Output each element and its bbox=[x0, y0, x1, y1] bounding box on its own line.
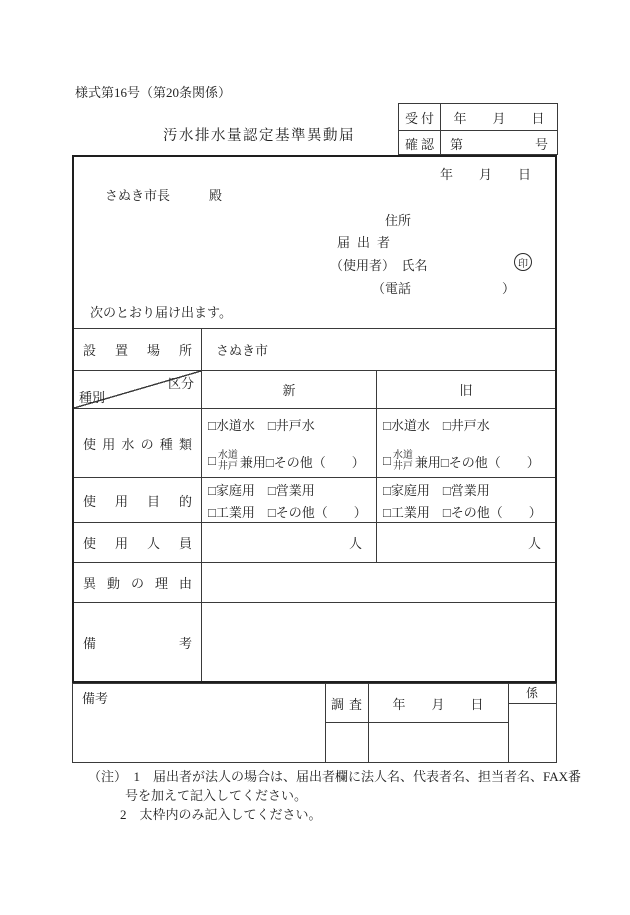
receipt-confirm-number-field: 第 号 bbox=[441, 131, 557, 156]
seal-character: 印 bbox=[518, 255, 528, 270]
water-type-old-line1: □水道水 □井戸水 bbox=[383, 415, 549, 434]
footnote-line-3: 2 太枠内のみ記入してください。 bbox=[120, 804, 322, 823]
checkbox-combined-old: □ bbox=[383, 453, 391, 469]
purpose-old-line1: □家庭用 □営業用 bbox=[383, 480, 549, 499]
diagonal-label-shubetsu: 種別 bbox=[79, 387, 105, 406]
receipt-confirm-label-cell: 確認 bbox=[399, 131, 441, 156]
applicant-label: 届出者 bbox=[337, 232, 397, 251]
declaration-text: 次のとおり届け出ます。 bbox=[90, 302, 232, 321]
water-type-old-line2: □ 水道 井戸 兼用□その他（ ） bbox=[383, 450, 549, 472]
location-label-cell: 設置場所 bbox=[74, 329, 202, 370]
checkbox-combined-new: □ bbox=[208, 453, 216, 469]
row-remarks: 備考 bbox=[74, 602, 555, 681]
stack-top: 水道 bbox=[218, 450, 238, 461]
water-type-new-line2-rest: 兼用□その他（ ） bbox=[240, 452, 365, 471]
user-name-line: （使用者） 氏名 bbox=[330, 255, 428, 274]
row-purpose: 使用目的 □家庭用 □営業用 □工業用 □その他（ ） □家庭用 □営業用 □工… bbox=[74, 477, 555, 522]
row-persons: 使用人員 人 人 bbox=[74, 522, 555, 562]
reason-label: 異動の理由 bbox=[74, 573, 201, 592]
water-type-new-line2: □ 水道 井戸 兼用□その他（ ） bbox=[208, 450, 370, 472]
column-header-new: 新 bbox=[202, 371, 377, 408]
confirm-number-prefix: 第 bbox=[450, 134, 463, 153]
water-type-old-cell: □水道水 □井戸水 □ 水道 井戸 兼用□その他（ ） bbox=[377, 409, 555, 477]
receipt-accept-date-field: 年 月 日 bbox=[441, 104, 557, 130]
receipt-accept-label-cell: 受付 bbox=[399, 104, 441, 130]
purpose-label: 使用目的 bbox=[74, 491, 201, 510]
survey-date-field: 年 月 日 bbox=[368, 684, 508, 723]
diagonal-label-kubun: 区分 bbox=[168, 373, 194, 392]
row-location: 設置場所 さぬき市 bbox=[74, 328, 555, 370]
receipt-confirm-label: 確認 bbox=[399, 134, 440, 153]
purpose-old-line2: □工業用 □その他（ ） bbox=[383, 502, 549, 521]
stack-bottom: 井戸 bbox=[393, 461, 413, 472]
submission-date-field: 年 月 日 bbox=[440, 164, 531, 183]
location-label: 設置場所 bbox=[74, 340, 201, 359]
office-remarks-label: 備考 bbox=[82, 688, 108, 707]
confirm-number-suffix: 号 bbox=[535, 134, 548, 153]
purpose-new-line1: □家庭用 □営業用 bbox=[208, 480, 370, 499]
row-water-type: 使用水の種類 □水道水 □井戸水 □ 水道 井戸 兼用□その他（ ） □水道水 … bbox=[74, 408, 555, 477]
office-use-box: 備考 調査 年 月 日 係 bbox=[72, 683, 557, 763]
remarks-label-cell: 備考 bbox=[74, 603, 202, 681]
water-type-new-line1: □水道水 □井戸水 bbox=[208, 415, 370, 434]
stack-bottom: 井戸 bbox=[218, 461, 238, 472]
document-title: 汚水排水量認定基準異動届 bbox=[163, 124, 355, 145]
reason-value-cell bbox=[202, 563, 555, 602]
persons-new-cell: 人 bbox=[202, 523, 377, 562]
seal-icon: 印 bbox=[514, 253, 532, 271]
purpose-old-cell: □家庭用 □営業用 □工業用 □その他（ ） bbox=[377, 478, 555, 522]
form-number: 様式第16号（第20条関係） bbox=[75, 82, 231, 101]
survey-label-cell: 調査 bbox=[325, 684, 368, 723]
footnote-line-2: 号を加えて記入してください。 bbox=[125, 785, 307, 804]
staff-label: 係 bbox=[508, 684, 556, 703]
water-type-old-line2-rest: 兼用□その他（ ） bbox=[415, 452, 540, 471]
purpose-label-cell: 使用目的 bbox=[74, 478, 202, 522]
receipt-row-confirm: 確認 第 号 bbox=[399, 130, 557, 156]
location-value: さぬき市 bbox=[202, 329, 555, 370]
water-well-stack-new: 水道 井戸 bbox=[218, 450, 238, 472]
purpose-new-line2: □工業用 □その他（ ） bbox=[208, 502, 370, 521]
remarks-value-cell bbox=[202, 603, 555, 681]
water-well-stack-old: 水道 井戸 bbox=[393, 450, 413, 472]
remarks-label: 備考 bbox=[74, 633, 201, 652]
receipt-stamp-box: 受付 年 月 日 確認 第 号 bbox=[398, 103, 558, 155]
footnote-line-1: （注） 1 届出者が法人の場合は、届出者欄に法人名、代表者名、担当者名、FAX番 bbox=[88, 766, 581, 785]
stack-top: 水道 bbox=[393, 450, 413, 461]
reason-label-cell: 異動の理由 bbox=[74, 563, 202, 602]
persons-label: 使用人員 bbox=[74, 533, 201, 552]
receipt-accept-label: 受付 bbox=[399, 108, 440, 127]
column-header-old: 旧 bbox=[377, 371, 555, 408]
persons-old-cell: 人 bbox=[377, 523, 555, 562]
phone-field: （電話 ） bbox=[372, 278, 515, 297]
row-reason: 異動の理由 bbox=[74, 562, 555, 602]
divider bbox=[508, 703, 556, 704]
main-form-box: 年 月 日 さぬき市長 殿 住所 届出者 （使用者） 氏名 印 （電話 ） 次の… bbox=[72, 155, 557, 683]
row-matrix-header: 区分 種別 新 旧 bbox=[74, 370, 555, 408]
water-type-label: 使用水の種類 bbox=[74, 434, 201, 453]
diagonal-header-cell: 区分 種別 bbox=[74, 371, 202, 408]
persons-label-cell: 使用人員 bbox=[74, 523, 202, 562]
addressee-line: さぬき市長 殿 bbox=[105, 185, 222, 204]
purpose-new-cell: □家庭用 □営業用 □工業用 □その他（ ） bbox=[202, 478, 377, 522]
water-type-label-cell: 使用水の種類 bbox=[74, 409, 202, 477]
address-label: 住所 bbox=[385, 210, 411, 229]
water-type-new-cell: □水道水 □井戸水 □ 水道 井戸 兼用□その他（ ） bbox=[202, 409, 377, 477]
survey-label: 調査 bbox=[325, 694, 368, 713]
receipt-row-accept: 受付 年 月 日 bbox=[399, 104, 557, 130]
letter-head-section: 年 月 日 さぬき市長 殿 住所 届出者 （使用者） 氏名 印 （電話 ） 次の… bbox=[74, 157, 555, 328]
